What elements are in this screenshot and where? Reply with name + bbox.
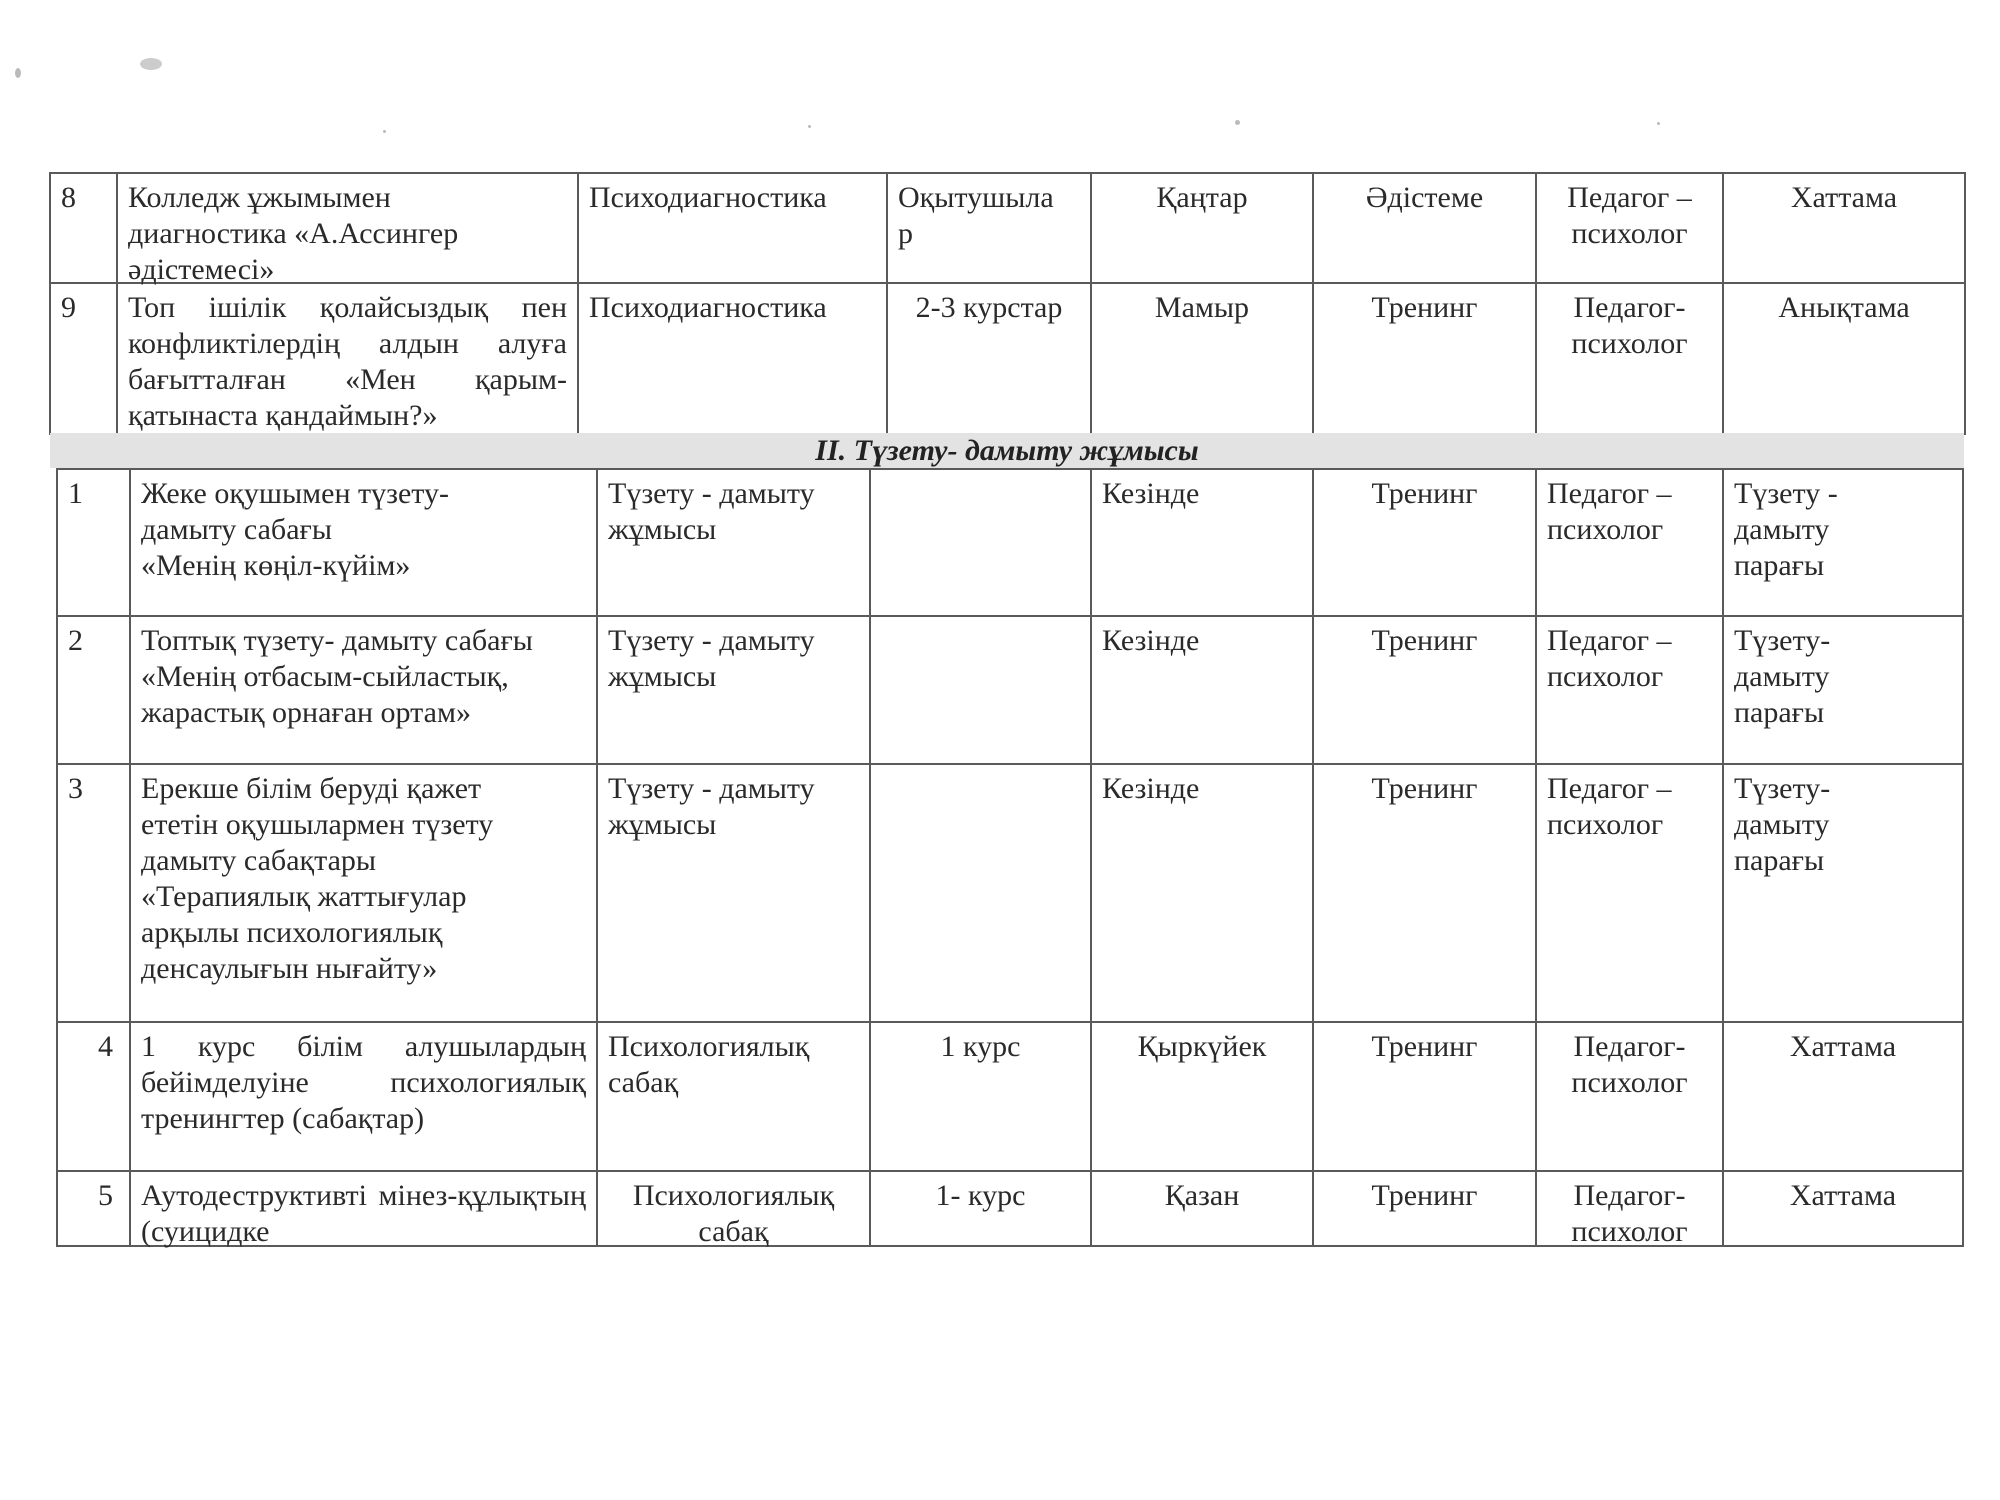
form-cell: Тренинг [1314, 470, 1535, 615]
audience-cell [871, 470, 1090, 615]
activity-title-cell: Колледж ұжымымен диагностика «А.Ассингер… [118, 174, 577, 282]
result-cell: Хаттама [1724, 1023, 1962, 1170]
row-number-cell: 1 [58, 470, 129, 615]
row-number-cell: 8 [51, 174, 116, 282]
responsible-cell: Педагог- психолог [1537, 1023, 1722, 1170]
row-number-cell: 3 [58, 765, 129, 1021]
form-cell: Тренинг [1314, 284, 1535, 433]
result-cell: Хаттама [1724, 174, 1964, 282]
form-cell: Тренинг [1314, 1023, 1535, 1170]
period-cell: Қазан [1092, 1172, 1312, 1245]
table-rule [1964, 172, 1966, 435]
activity-title-cell: Топтық түзету- дамыту сабағы «Менің отба… [131, 617, 596, 763]
row-number-cell: 9 [51, 284, 116, 433]
audience-cell: 1 курс [871, 1023, 1090, 1170]
responsible-cell: Педагог – психолог [1537, 174, 1722, 282]
activity-type-cell: Психодиагностика [579, 284, 886, 433]
activity-title-cell: Ерекше білім беруді қажет ететін оқушыла… [131, 765, 596, 1021]
audience-cell: 2-3 курстар [888, 284, 1090, 433]
activity-title-cell: Топ ішілік қолайсыздық пен конфликтілерд… [118, 284, 577, 433]
activity-type-cell: Психологиялық сабақ [598, 1023, 869, 1170]
form-cell: Тренинг [1314, 617, 1535, 763]
responsible-cell: Педагог- психолог [1537, 1172, 1722, 1245]
period-cell: Қыркүйек [1092, 1023, 1312, 1170]
responsible-cell: Педагог – психолог [1537, 617, 1722, 763]
result-cell: Түзету- дамыту парағы [1724, 765, 1962, 1021]
activity-title-cell: Жеке оқушымен түзету- дамыту сабағы «Мен… [131, 470, 596, 615]
activity-type-cell: Түзету - дамыту жұмысы [598, 765, 869, 1021]
row-number-cell: 4 [58, 1023, 129, 1170]
result-cell: Түзету- дамыту парағы [1724, 617, 1962, 763]
responsible-cell: Педагог – психолог [1537, 470, 1722, 615]
audience-cell: 1- курс [871, 1172, 1090, 1245]
audience-cell: Оқытушыла р [888, 174, 1090, 282]
responsible-cell: Педагог – психолог [1537, 765, 1722, 1021]
period-cell: Кезінде [1092, 470, 1312, 615]
period-cell: Қаңтар [1092, 174, 1312, 282]
row-number-cell: 2 [58, 617, 129, 763]
row-number-cell: 5 [58, 1172, 129, 1245]
result-cell: Анықтама [1724, 284, 1964, 433]
audience-cell [871, 765, 1090, 1021]
activity-type-cell: Психологиялық сабақ [598, 1172, 869, 1245]
form-cell: Әдістеме [1314, 174, 1535, 282]
activity-title-cell: Аутодеструктивті мінез-құлықтың (суицидк… [131, 1172, 596, 1245]
activity-type-cell: Түзету - дамыту жұмысы [598, 470, 869, 615]
audience-cell [871, 617, 1090, 763]
section-header: II. Түзету- дамыту жұмысы [50, 433, 1964, 468]
result-cell: Хаттама [1724, 1172, 1962, 1245]
activity-title-cell: 1 курс білім алушылардың бейімделуіне пс… [131, 1023, 596, 1170]
period-cell: Кезінде [1092, 765, 1312, 1021]
form-cell: Тренинг [1314, 1172, 1535, 1245]
responsible-cell: Педагог- психолог [1537, 284, 1722, 433]
result-cell: Түзету - дамыту парағы [1724, 470, 1962, 615]
period-cell: Мамыр [1092, 284, 1312, 433]
period-cell: Кезінде [1092, 617, 1312, 763]
activity-type-cell: Түзету - дамыту жұмысы [598, 617, 869, 763]
form-cell: Тренинг [1314, 765, 1535, 1021]
activity-type-cell: Психодиагностика [579, 174, 886, 282]
table-rule [1962, 468, 1964, 1247]
